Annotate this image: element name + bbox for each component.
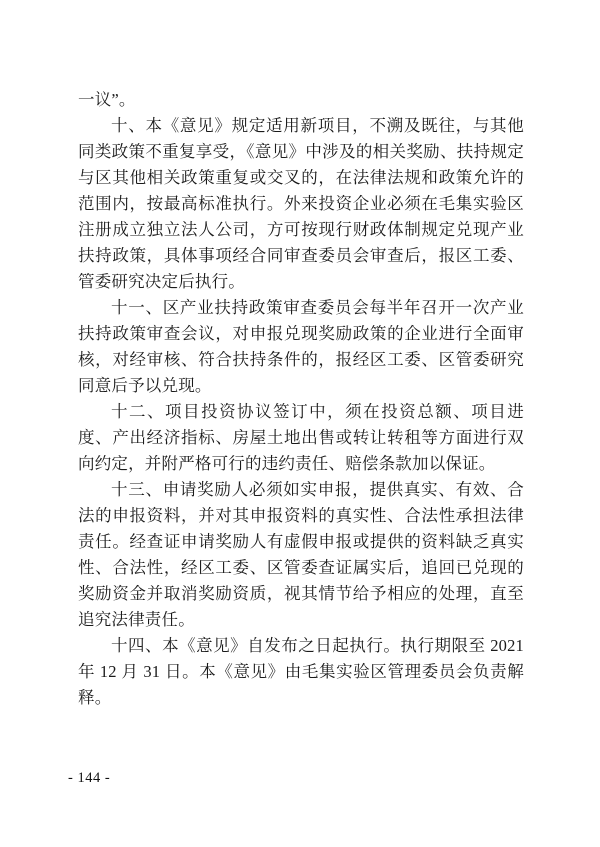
document-page: 一议”。 十、本《意见》规定适用新项目，不溯及既往，与其他同类政策不重复享受，《… (0, 0, 600, 847)
paragraph-clause-10: 十、本《意见》规定适用新项目，不溯及既往，与其他同类政策不重复享受，《意见》中涉… (78, 113, 524, 295)
paragraph-clause-14: 十四、本《意见》自发布之日起执行。执行期限至 2021 年 12 月 31 日。… (78, 633, 524, 711)
paragraph-continuation-fragment: 一议”。 (78, 87, 524, 113)
page-number: - 144 - (68, 769, 110, 787)
document-body: 一议”。 十、本《意见》规定适用新项目，不溯及既往，与其他同类政策不重复享受，《… (78, 87, 524, 711)
paragraph-clause-11: 十一、区产业扶持政策审查委员会每半年召开一次产业扶持政策审查会议，对申报兑现奖励… (78, 295, 524, 399)
paragraph-clause-12: 十二、项目投资协议签订中，须在投资总额、项目进度、产出经济指标、房屋土地出售或转… (78, 399, 524, 477)
paragraph-clause-13: 十三、申请奖励人必须如实申报，提供真实、有效、合法的申报资料，并对其申报资料的真… (78, 477, 524, 633)
